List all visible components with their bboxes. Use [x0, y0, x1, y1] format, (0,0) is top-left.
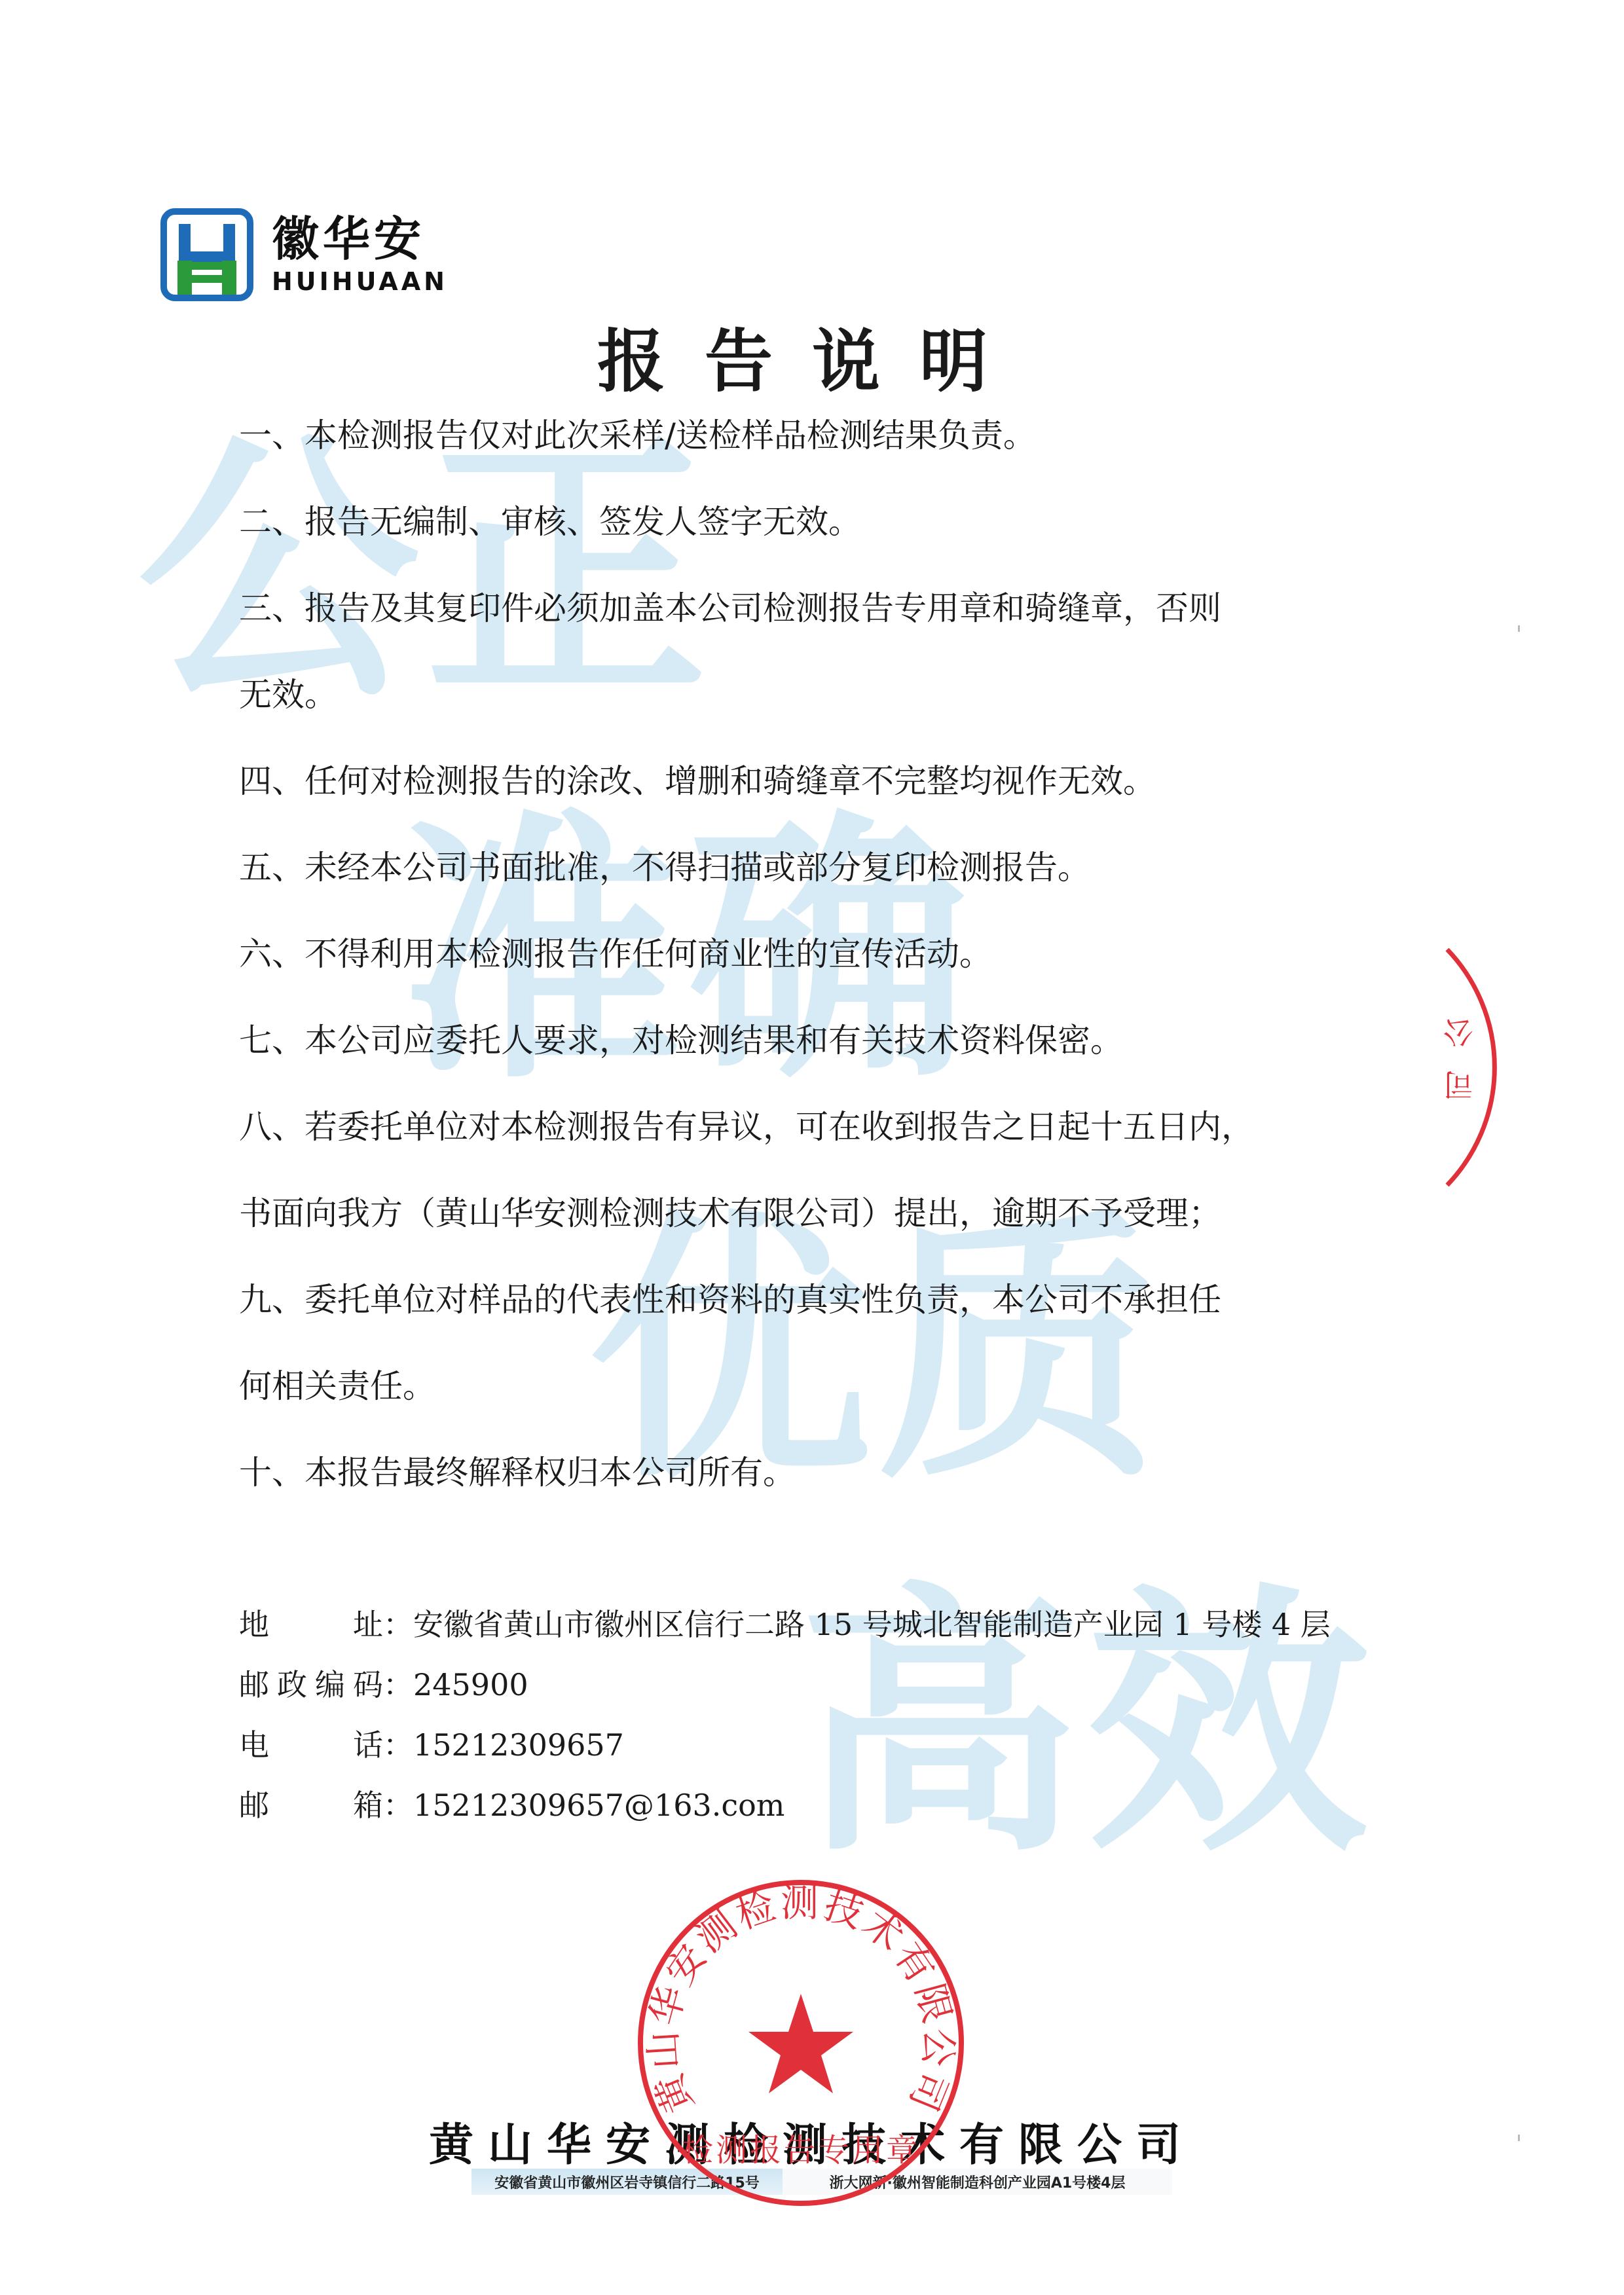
phone-label: 电话: [239, 1728, 383, 1762]
clause-9: 九、委托单位对样品的代表性和资料的真实性负责，本公司不承担任何相关责任。: [239, 1278, 1378, 1408]
scan-artifact: [1518, 625, 1520, 632]
svg-text:司: 司: [1443, 1067, 1473, 1102]
phone-value: ：15212309657: [383, 1728, 624, 1762]
clause-4: 四、任何对检测报告的涂改、增删和骑缝章不完整均视作无效。: [239, 760, 1378, 803]
contact-address: 地址 ：安徽省黄山市徽州区信行二路 15 号城北智能制造产业园 1 号楼 4 层: [239, 1607, 1331, 1642]
clause-7: 七、本公司应委托人要求，对检测结果和有关技术资料保密。: [239, 1019, 1378, 1062]
email-value: ：15212309657@163.com: [383, 1788, 784, 1822]
company-logo: 徽华安 HUIHUAAN: [160, 208, 448, 301]
clause-1: 一、本检测报告仅对此次采样/送检样品检测结果负责。: [239, 414, 1378, 457]
footer-address-left: 安徽省黄山市徽州区岩寺镇信行二路15号: [471, 2169, 783, 2195]
logo-name-cn: 徽华安: [272, 215, 448, 263]
footer-company-name: 黄山华安测检测技术有限公司: [0, 2110, 1624, 2173]
address-value: ：安徽省黄山市徽州区信行二路 15 号城北智能制造产业园 1 号楼 4 层: [383, 1607, 1331, 1642]
clause-5: 五、未经本公司书面批准，不得扫描或部分复印检测报告。: [239, 846, 1378, 889]
logo-name-en: HUIHUAAN: [272, 269, 448, 294]
svg-text:黄山华安测检测技术有限公司: 黄山华安测检测技术有限公司: [640, 1881, 962, 2120]
postcode-label: 邮政编码: [239, 1668, 383, 1702]
clause-8: 八、若委托单位对本检测报告有异议，可在收到报告之日起十五日内，书面向我方（黄山华…: [239, 1105, 1378, 1235]
address-label: 地址: [239, 1607, 383, 1642]
footer-address-bar: 安徽省黄山市徽州区岩寺镇信行二路15号 浙大网新·徽州智能制造科创产业园A1号楼…: [471, 2169, 1172, 2195]
clause-3: 三、报告及其复印件必须加盖本公司检测报告专用章和骑缝章，否则无效。: [239, 587, 1378, 716]
clause-6: 六、不得利用本检测报告作任何商业性的宣传活动。: [239, 932, 1378, 976]
page-title: 报告说明: [0, 306, 1624, 405]
contact-postcode: 邮政编码 ：245900: [239, 1668, 1331, 1702]
footer-address-right: 浙大网新·徽州智能制造科创产业园A1号楼4层: [783, 2169, 1172, 2195]
clause-10: 十、本报告最终解释权归本公司所有。: [239, 1451, 1378, 1494]
contact-phone: 电话 ：15212309657: [239, 1728, 1331, 1762]
contact-info: 地址 ：安徽省黄山市徽州区信行二路 15 号城北智能制造产业园 1 号楼 4 层…: [239, 1607, 1331, 1848]
postcode-value: ：245900: [383, 1668, 528, 1702]
svg-text:公: 公: [1443, 1014, 1473, 1050]
seam-stamp-icon: 公 司: [1408, 943, 1578, 1192]
contact-email: 邮箱 ：15212309657@163.com: [239, 1788, 1331, 1822]
report-clauses: 一、本检测报告仅对此次采样/送检样品检测结果负责。 二、报告无编制、审核、签发人…: [239, 414, 1378, 1537]
clause-2: 二、报告无编制、审核、签发人签字无效。: [239, 500, 1378, 543]
hh-logo-icon: [160, 208, 253, 301]
seal-ring-text: 黄山华安测检测技术有限公司: [640, 1881, 962, 2120]
email-label: 邮箱: [239, 1788, 383, 1822]
